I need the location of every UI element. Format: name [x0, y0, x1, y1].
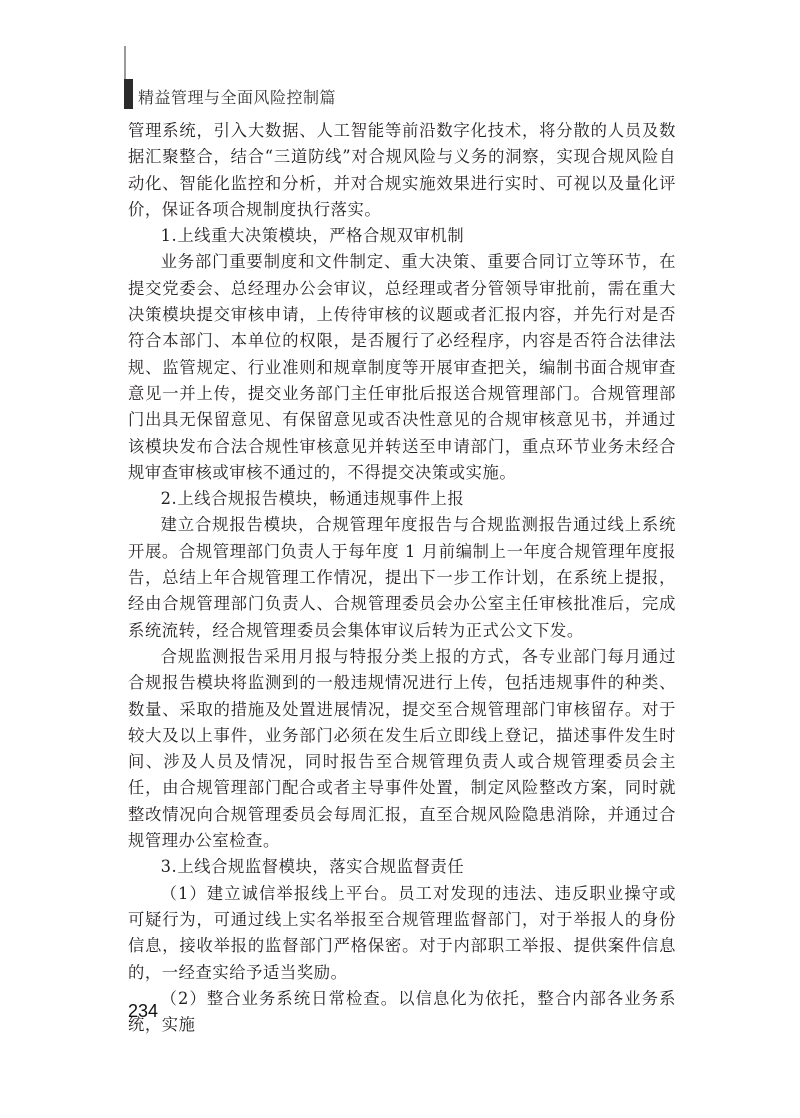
header-accent-bar [124, 79, 133, 109]
section-2-paragraph-1: 建立合规报告模块，合规管理年度报告与合规监测报告通过线上系统开展。合规管理部门负… [128, 512, 676, 643]
intro-paragraph: 管理系统，引入大数据、人工智能等前沿数字化技术，将分散的人员及数据汇聚整合，结合… [128, 118, 676, 223]
page-body: 管理系统，引入大数据、人工智能等前沿数字化技术，将分散的人员及数据汇聚整合，结合… [128, 118, 676, 1038]
section-heading-1: 1.上线重大决策模块，严格合规双审机制 [128, 223, 676, 249]
section-heading-3: 3.上线合规监督模块，落实合规监督责任 [128, 854, 676, 880]
section-1-paragraph-1: 业务部门重要制度和文件制定、重大决策、重要合同订立等环节，在提交党委会、总经理办… [128, 249, 676, 486]
section-3-paragraph-1: （1）建立诚信举报线上平台。员工对发现的违法、违反职业操守或可疑行为，可通过线上… [128, 881, 676, 986]
running-header-title: 精益管理与全面风险控制篇 [138, 88, 336, 108]
section-heading-2: 2.上线合规报告模块，畅通违规事件上报 [128, 486, 676, 512]
section-2-paragraph-2: 合规监测报告采用月报与特报分类上报的方式，各专业部门每月通过合规报告模块将监测到… [128, 644, 676, 854]
page-number: 234 [128, 1000, 158, 1022]
section-3-paragraph-2: （2）整合业务系统日常检查。以信息化为依托，整合内部各业务系统，实施 [128, 986, 676, 1039]
header-rule-line [124, 46, 126, 82]
